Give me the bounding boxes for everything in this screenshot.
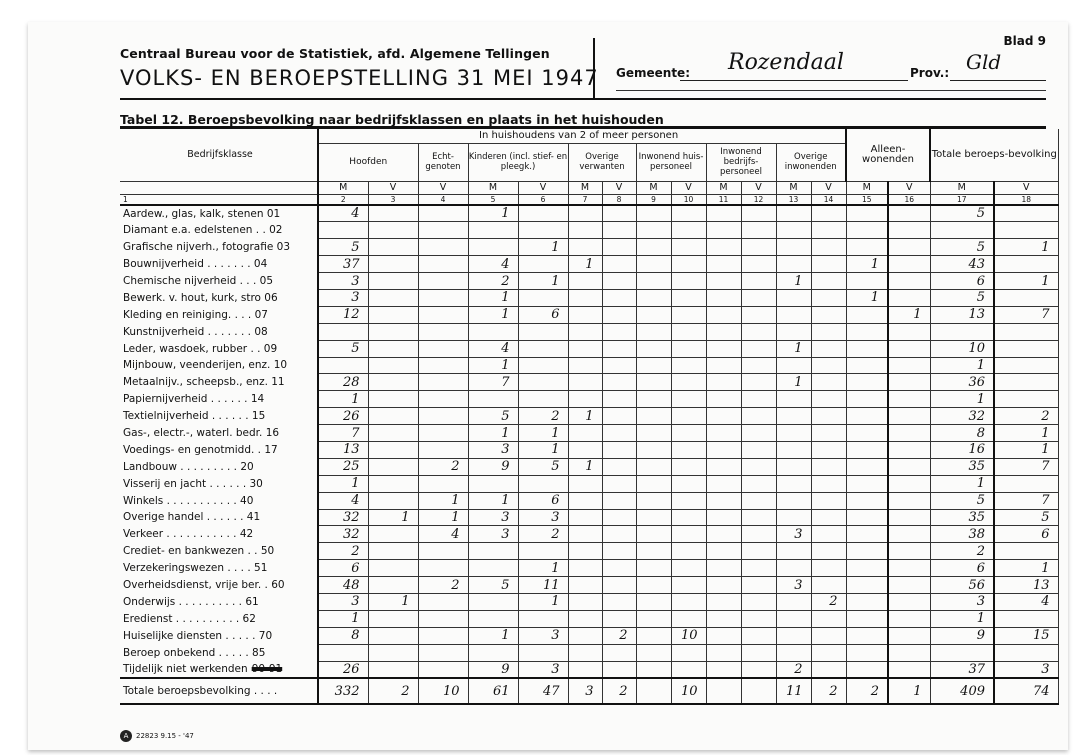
data-cell bbox=[706, 239, 741, 256]
column-number-cell: 13 bbox=[776, 194, 811, 205]
column-number-cell: 17 bbox=[930, 194, 994, 205]
data-cell bbox=[846, 391, 888, 408]
data-cell bbox=[741, 205, 776, 222]
data-cell bbox=[602, 205, 636, 222]
data-cell bbox=[368, 374, 418, 391]
data-cell bbox=[706, 475, 741, 492]
printer-logo-icon: A bbox=[120, 730, 132, 742]
data-cell bbox=[811, 543, 846, 560]
data-cell bbox=[741, 273, 776, 290]
data-cell bbox=[418, 560, 468, 577]
data-cell: 1 bbox=[994, 239, 1058, 256]
data-cell: 5 bbox=[468, 408, 518, 425]
data-cell bbox=[741, 560, 776, 577]
data-cell bbox=[706, 644, 741, 661]
data-cell: 4 bbox=[468, 340, 518, 357]
data-cell: 1 bbox=[930, 475, 994, 492]
data-cell bbox=[846, 509, 888, 526]
data-cell: 7 bbox=[468, 374, 518, 391]
sex-header-blank bbox=[120, 181, 318, 194]
data-cell bbox=[368, 391, 418, 408]
data-cell bbox=[671, 492, 706, 509]
data-cell bbox=[776, 610, 811, 627]
data-cell bbox=[468, 644, 518, 661]
data-cell: 1 bbox=[368, 509, 418, 526]
data-cell bbox=[568, 374, 602, 391]
column-number-cell: 14 bbox=[811, 194, 846, 205]
row-label-text: Bouwnijverheid . . . . . . . 04 bbox=[123, 258, 267, 270]
data-cell: 1 bbox=[318, 610, 368, 627]
data-cell bbox=[846, 408, 888, 425]
data-cell: 1 bbox=[368, 593, 418, 610]
data-cell bbox=[636, 492, 671, 509]
data-cell: 1 bbox=[568, 408, 602, 425]
data-cell bbox=[741, 475, 776, 492]
table-row: Kunstnijverheid . . . . . . . 08 bbox=[120, 323, 1058, 340]
data-cell bbox=[741, 222, 776, 239]
data-cell bbox=[602, 560, 636, 577]
data-cell bbox=[741, 289, 776, 306]
data-cell: 16 bbox=[930, 441, 994, 458]
total-cell: 10 bbox=[671, 678, 706, 704]
col-group-households: In huishoudens van 2 of meer personen bbox=[318, 129, 846, 143]
total-cell: 409 bbox=[930, 678, 994, 704]
data-cell: 3 bbox=[518, 661, 568, 678]
col-header-totale: Totale beroeps-bevolking bbox=[930, 129, 1058, 181]
row-label-text: Landbouw . . . . . . . . . 20 bbox=[123, 461, 254, 473]
data-cell bbox=[318, 222, 368, 239]
data-cell bbox=[888, 593, 930, 610]
data-cell bbox=[568, 391, 602, 408]
data-cell bbox=[602, 357, 636, 374]
data-cell: 3 bbox=[518, 627, 568, 644]
data-cell bbox=[811, 289, 846, 306]
data-cell: 6 bbox=[930, 273, 994, 290]
data-cell bbox=[518, 256, 568, 273]
data-cell: 1 bbox=[468, 289, 518, 306]
data-cell: 1 bbox=[518, 425, 568, 442]
table-title: Tabel 12. Beroepsbevolking naar bedrijfs… bbox=[120, 112, 664, 127]
data-cell bbox=[636, 543, 671, 560]
data-cell bbox=[994, 289, 1058, 306]
data-cell bbox=[671, 661, 706, 678]
data-cell bbox=[602, 593, 636, 610]
data-cell bbox=[671, 273, 706, 290]
data-cell bbox=[776, 391, 811, 408]
data-cell bbox=[888, 374, 930, 391]
data-cell bbox=[671, 239, 706, 256]
data-cell: 2 bbox=[602, 627, 636, 644]
data-cell bbox=[518, 475, 568, 492]
total-cell: 2 bbox=[602, 678, 636, 704]
data-cell bbox=[368, 425, 418, 442]
data-cell bbox=[602, 543, 636, 560]
data-cell: 2 bbox=[994, 408, 1058, 425]
data-cell bbox=[602, 492, 636, 509]
column-number-row: 123456789101112131415161718 bbox=[120, 194, 1058, 205]
row-label: Bewerk. v. hout, kurk, stro 06 bbox=[120, 289, 318, 306]
data-cell bbox=[671, 509, 706, 526]
sex-header-cell: V bbox=[368, 181, 418, 194]
data-cell bbox=[368, 222, 418, 239]
data-cell bbox=[994, 323, 1058, 340]
data-cell bbox=[602, 273, 636, 290]
row-label: Overheidsdienst, vrije ber. . 60 bbox=[120, 577, 318, 594]
row-label-text: Eredienst . . . . . . . . . . 62 bbox=[123, 613, 256, 625]
data-cell bbox=[811, 205, 846, 222]
data-cell bbox=[568, 509, 602, 526]
row-label: Huiselijke diensten . . . . . 70 bbox=[120, 627, 318, 644]
data-cell: 32 bbox=[318, 509, 368, 526]
data-cell: 9 bbox=[930, 627, 994, 644]
data-cell: 56 bbox=[930, 577, 994, 594]
data-cell bbox=[776, 593, 811, 610]
data-cell bbox=[846, 374, 888, 391]
data-cell bbox=[418, 306, 468, 323]
row-label-text: Kleding en reiniging. . . . 07 bbox=[123, 309, 268, 321]
sex-header-cell: M bbox=[568, 181, 602, 194]
data-cell bbox=[368, 458, 418, 475]
data-cell bbox=[741, 441, 776, 458]
sex-header-row: MVVMVMVMVMVMVMVMV bbox=[120, 181, 1058, 194]
data-cell bbox=[568, 323, 602, 340]
data-cell: 6 bbox=[518, 492, 568, 509]
data-cell bbox=[636, 391, 671, 408]
data-cell bbox=[706, 306, 741, 323]
data-cell bbox=[888, 222, 930, 239]
data-cell bbox=[671, 526, 706, 543]
data-cell bbox=[888, 256, 930, 273]
data-cell: 3 bbox=[518, 509, 568, 526]
data-cell bbox=[811, 306, 846, 323]
total-cell: 3 bbox=[568, 678, 602, 704]
data-cell: 1 bbox=[518, 239, 568, 256]
data-cell bbox=[706, 357, 741, 374]
data-cell bbox=[888, 543, 930, 560]
col-header-alleenwonenden: Alleen-wonenden bbox=[846, 129, 930, 181]
table-row: Onderwijs . . . . . . . . . . 61311234 bbox=[120, 593, 1058, 610]
data-cell bbox=[846, 577, 888, 594]
data-cell: 2 bbox=[418, 458, 468, 475]
data-cell: 13 bbox=[318, 441, 368, 458]
row-label-text: Tijdelijk niet werkenden bbox=[123, 663, 248, 675]
data-cell bbox=[671, 391, 706, 408]
data-cell: 2 bbox=[811, 593, 846, 610]
data-cell bbox=[741, 323, 776, 340]
table-row: Bouwnijverheid . . . . . . . 043741143 bbox=[120, 256, 1058, 273]
table-row: Huiselijke diensten . . . . . 7081321091… bbox=[120, 627, 1058, 644]
data-cell: 1 bbox=[468, 492, 518, 509]
data-cell bbox=[888, 560, 930, 577]
data-cell bbox=[741, 458, 776, 475]
data-cell bbox=[468, 593, 518, 610]
data-cell bbox=[602, 441, 636, 458]
data-cell bbox=[888, 644, 930, 661]
data-cell: 43 bbox=[930, 256, 994, 273]
data-cell bbox=[930, 323, 994, 340]
data-cell bbox=[776, 357, 811, 374]
data-cell: 1 bbox=[994, 560, 1058, 577]
row-label-text: Onderwijs . . . . . . . . . . 61 bbox=[123, 596, 259, 608]
data-cell bbox=[776, 509, 811, 526]
data-cell bbox=[602, 475, 636, 492]
row-label-text: Verkeer . . . . . . . . . . . 42 bbox=[123, 528, 253, 540]
data-cell: 10 bbox=[930, 340, 994, 357]
data-cell bbox=[706, 543, 741, 560]
data-cell bbox=[741, 391, 776, 408]
data-cell bbox=[636, 306, 671, 323]
data-cell: 1 bbox=[318, 391, 368, 408]
data-cell bbox=[846, 323, 888, 340]
row-label: Landbouw . . . . . . . . . 20 bbox=[120, 458, 318, 475]
data-cell bbox=[368, 475, 418, 492]
column-number-cell: 18 bbox=[994, 194, 1058, 205]
row-label: Diamant e.a. edelstenen . . 02 bbox=[120, 222, 318, 239]
data-cell bbox=[811, 458, 846, 475]
column-number-cell: 11 bbox=[706, 194, 741, 205]
data-cell: 28 bbox=[318, 374, 368, 391]
row-label: Voedings- en genotmidd. . 17 bbox=[120, 441, 318, 458]
data-cell bbox=[518, 340, 568, 357]
data-cell bbox=[706, 289, 741, 306]
data-cell bbox=[671, 441, 706, 458]
total-cell: 2 bbox=[811, 678, 846, 704]
data-cell bbox=[776, 627, 811, 644]
data-cell bbox=[671, 408, 706, 425]
data-cell: 1 bbox=[468, 205, 518, 222]
data-cell bbox=[888, 340, 930, 357]
column-number-cell: 12 bbox=[741, 194, 776, 205]
data-cell bbox=[741, 306, 776, 323]
data-cell bbox=[568, 475, 602, 492]
data-cell: 4 bbox=[468, 256, 518, 273]
total-cell: 74 bbox=[994, 678, 1058, 704]
data-cell bbox=[468, 239, 518, 256]
data-cell bbox=[846, 526, 888, 543]
row-label-text: Verzekeringswezen . . . . 51 bbox=[123, 562, 267, 574]
data-cell bbox=[368, 644, 418, 661]
row-label: Verzekeringswezen . . . . 51 bbox=[120, 560, 318, 577]
data-cell bbox=[418, 289, 468, 306]
table-row: Eredienst . . . . . . . . . . 6211 bbox=[120, 610, 1058, 627]
data-cell bbox=[468, 560, 518, 577]
table-row: Metaalnijv., scheepsb., enz. 11287136 bbox=[120, 374, 1058, 391]
table-row: Diamant e.a. edelstenen . . 02 bbox=[120, 222, 1058, 239]
data-cell: 4 bbox=[418, 526, 468, 543]
data-cell: 15 bbox=[994, 627, 1058, 644]
data-cell: 1 bbox=[468, 627, 518, 644]
data-cell bbox=[568, 661, 602, 678]
data-cell bbox=[994, 543, 1058, 560]
row-label-text: Chemische nijverheid . . . 05 bbox=[123, 275, 273, 287]
data-cell: 5 bbox=[318, 340, 368, 357]
data-cell bbox=[706, 492, 741, 509]
data-cell bbox=[568, 289, 602, 306]
data-cell: 1 bbox=[994, 273, 1058, 290]
data-cell bbox=[636, 408, 671, 425]
data-cell bbox=[846, 222, 888, 239]
data-cell bbox=[846, 543, 888, 560]
province-label: Prov.: bbox=[910, 66, 949, 80]
sex-header-cell: V bbox=[741, 181, 776, 194]
sex-header-cell: M bbox=[930, 181, 994, 194]
data-cell: 1 bbox=[846, 256, 888, 273]
data-cell: 1 bbox=[776, 374, 811, 391]
table-row: Overheidsdienst, vrije ber. . 6048251135… bbox=[120, 577, 1058, 594]
data-cell bbox=[846, 357, 888, 374]
data-cell bbox=[888, 526, 930, 543]
data-cell bbox=[368, 357, 418, 374]
data-cell bbox=[994, 610, 1058, 627]
data-cell bbox=[568, 222, 602, 239]
data-cell bbox=[706, 593, 741, 610]
data-cell: 2 bbox=[468, 273, 518, 290]
data-cell bbox=[368, 543, 418, 560]
data-cell bbox=[368, 492, 418, 509]
data-cell bbox=[706, 577, 741, 594]
data-cell bbox=[888, 458, 930, 475]
row-label: Overige handel . . . . . . 41 bbox=[120, 509, 318, 526]
data-cell bbox=[671, 593, 706, 610]
data-cell: 4 bbox=[994, 593, 1058, 610]
table-row: Verzekeringswezen . . . . 516161 bbox=[120, 560, 1058, 577]
data-cell: 1 bbox=[930, 357, 994, 374]
data-cell bbox=[811, 408, 846, 425]
column-number-cell: 1 bbox=[120, 194, 318, 205]
sex-header-cell: V bbox=[602, 181, 636, 194]
data-cell bbox=[776, 441, 811, 458]
sex-header-cell: V bbox=[811, 181, 846, 194]
row-label: Grafische nijverh., fotografie 03 bbox=[120, 239, 318, 256]
data-cell bbox=[741, 593, 776, 610]
data-cell: 5 bbox=[930, 492, 994, 509]
data-cell bbox=[811, 441, 846, 458]
data-cell: 4 bbox=[318, 492, 368, 509]
sex-header-cell: M bbox=[468, 181, 518, 194]
data-cell bbox=[741, 644, 776, 661]
data-cell bbox=[811, 273, 846, 290]
data-cell bbox=[994, 374, 1058, 391]
data-cell bbox=[518, 323, 568, 340]
gemeente-label: Gemeente: bbox=[616, 66, 690, 80]
data-cell bbox=[418, 543, 468, 560]
data-cell: 2 bbox=[518, 408, 568, 425]
data-cell bbox=[602, 391, 636, 408]
data-cell bbox=[706, 560, 741, 577]
data-cell bbox=[741, 492, 776, 509]
table-row: Verkeer . . . . . . . . . . . 4232432338… bbox=[120, 526, 1058, 543]
table-row: Textielnijverheid . . . . . . 1526521322 bbox=[120, 408, 1058, 425]
data-cell: 6 bbox=[994, 526, 1058, 543]
col-header-inw-bedrijfspersoneel: Inwonend bedrijfs-personeel bbox=[706, 143, 776, 181]
header-rule bbox=[616, 90, 1046, 91]
organization-name: Centraal Bureau voor de Statistiek, afd.… bbox=[120, 46, 550, 61]
data-cell bbox=[776, 408, 811, 425]
data-cell: 1 bbox=[846, 289, 888, 306]
table-row: Gas-, electr.-, waterl. bedr. 1671181 bbox=[120, 425, 1058, 442]
data-cell: 4 bbox=[318, 205, 368, 222]
row-label-text: Overheidsdienst, vrije ber. . 60 bbox=[123, 579, 285, 591]
data-cell: 2 bbox=[318, 543, 368, 560]
data-cell bbox=[468, 543, 518, 560]
data-cell: 2 bbox=[418, 577, 468, 594]
data-cell: 11 bbox=[518, 577, 568, 594]
table-row: Overige handel . . . . . . 41321133355 bbox=[120, 509, 1058, 526]
data-cell bbox=[846, 593, 888, 610]
row-label: Aardew., glas, kalk, stenen 01 bbox=[120, 205, 318, 222]
data-cell bbox=[636, 323, 671, 340]
table-row: Winkels . . . . . . . . . . . 40411657 bbox=[120, 492, 1058, 509]
data-cell bbox=[602, 644, 636, 661]
data-cell bbox=[706, 222, 741, 239]
data-cell: 26 bbox=[318, 408, 368, 425]
row-label: Leder, wasdoek, rubber . . 09 bbox=[120, 340, 318, 357]
data-cell bbox=[602, 526, 636, 543]
data-cell: 5 bbox=[518, 458, 568, 475]
data-cell bbox=[994, 222, 1058, 239]
data-cell: 26 bbox=[318, 661, 368, 678]
data-cell bbox=[368, 560, 418, 577]
data-cell bbox=[368, 256, 418, 273]
data-cell bbox=[776, 425, 811, 442]
row-label-text: Metaalnijv., scheepsb., enz. 11 bbox=[123, 376, 285, 388]
data-cell bbox=[671, 577, 706, 594]
data-cell bbox=[636, 644, 671, 661]
row-label-text: Aardew., glas, kalk, stenen 01 bbox=[123, 208, 280, 220]
data-cell bbox=[418, 323, 468, 340]
form-title: VOLKS- EN BEROEPSTELLING 31 MEI 1947 bbox=[120, 66, 599, 90]
row-label-text: Diamant e.a. edelstenen . . 02 bbox=[123, 224, 282, 236]
data-cell: 1 bbox=[568, 256, 602, 273]
sex-header-cell: V bbox=[518, 181, 568, 194]
table-row: Chemische nijverheid . . . 05321161 bbox=[120, 273, 1058, 290]
data-cell: 6 bbox=[930, 560, 994, 577]
data-cell bbox=[636, 509, 671, 526]
data-cell bbox=[602, 256, 636, 273]
data-cell bbox=[636, 560, 671, 577]
data-cell bbox=[636, 458, 671, 475]
data-cell bbox=[888, 323, 930, 340]
row-label: Metaalnijv., scheepsb., enz. 11 bbox=[120, 374, 318, 391]
data-cell bbox=[706, 526, 741, 543]
data-cell bbox=[602, 306, 636, 323]
data-cell bbox=[888, 391, 930, 408]
total-cell: 1 bbox=[888, 678, 930, 704]
col-header-inw-huispersoneel: Inwonend huis-personeel bbox=[636, 143, 706, 181]
data-cell bbox=[811, 374, 846, 391]
data-cell bbox=[368, 408, 418, 425]
data-cell bbox=[418, 391, 468, 408]
data-cell bbox=[811, 323, 846, 340]
data-cell bbox=[368, 610, 418, 627]
data-cell: 1 bbox=[518, 593, 568, 610]
data-cell bbox=[671, 458, 706, 475]
data-cell bbox=[568, 425, 602, 442]
data-cell bbox=[706, 340, 741, 357]
data-cell bbox=[811, 340, 846, 357]
data-cell: 7 bbox=[318, 425, 368, 442]
data-cell: 1 bbox=[568, 458, 602, 475]
data-cell bbox=[568, 543, 602, 560]
data-cell bbox=[602, 509, 636, 526]
data-cell bbox=[741, 239, 776, 256]
data-cell: 1 bbox=[994, 441, 1058, 458]
data-cell bbox=[741, 577, 776, 594]
data-cell bbox=[811, 391, 846, 408]
table-row: Grafische nijverh., fotografie 035151 bbox=[120, 239, 1058, 256]
total-cell: 2 bbox=[846, 678, 888, 704]
data-cell: 7 bbox=[994, 458, 1058, 475]
